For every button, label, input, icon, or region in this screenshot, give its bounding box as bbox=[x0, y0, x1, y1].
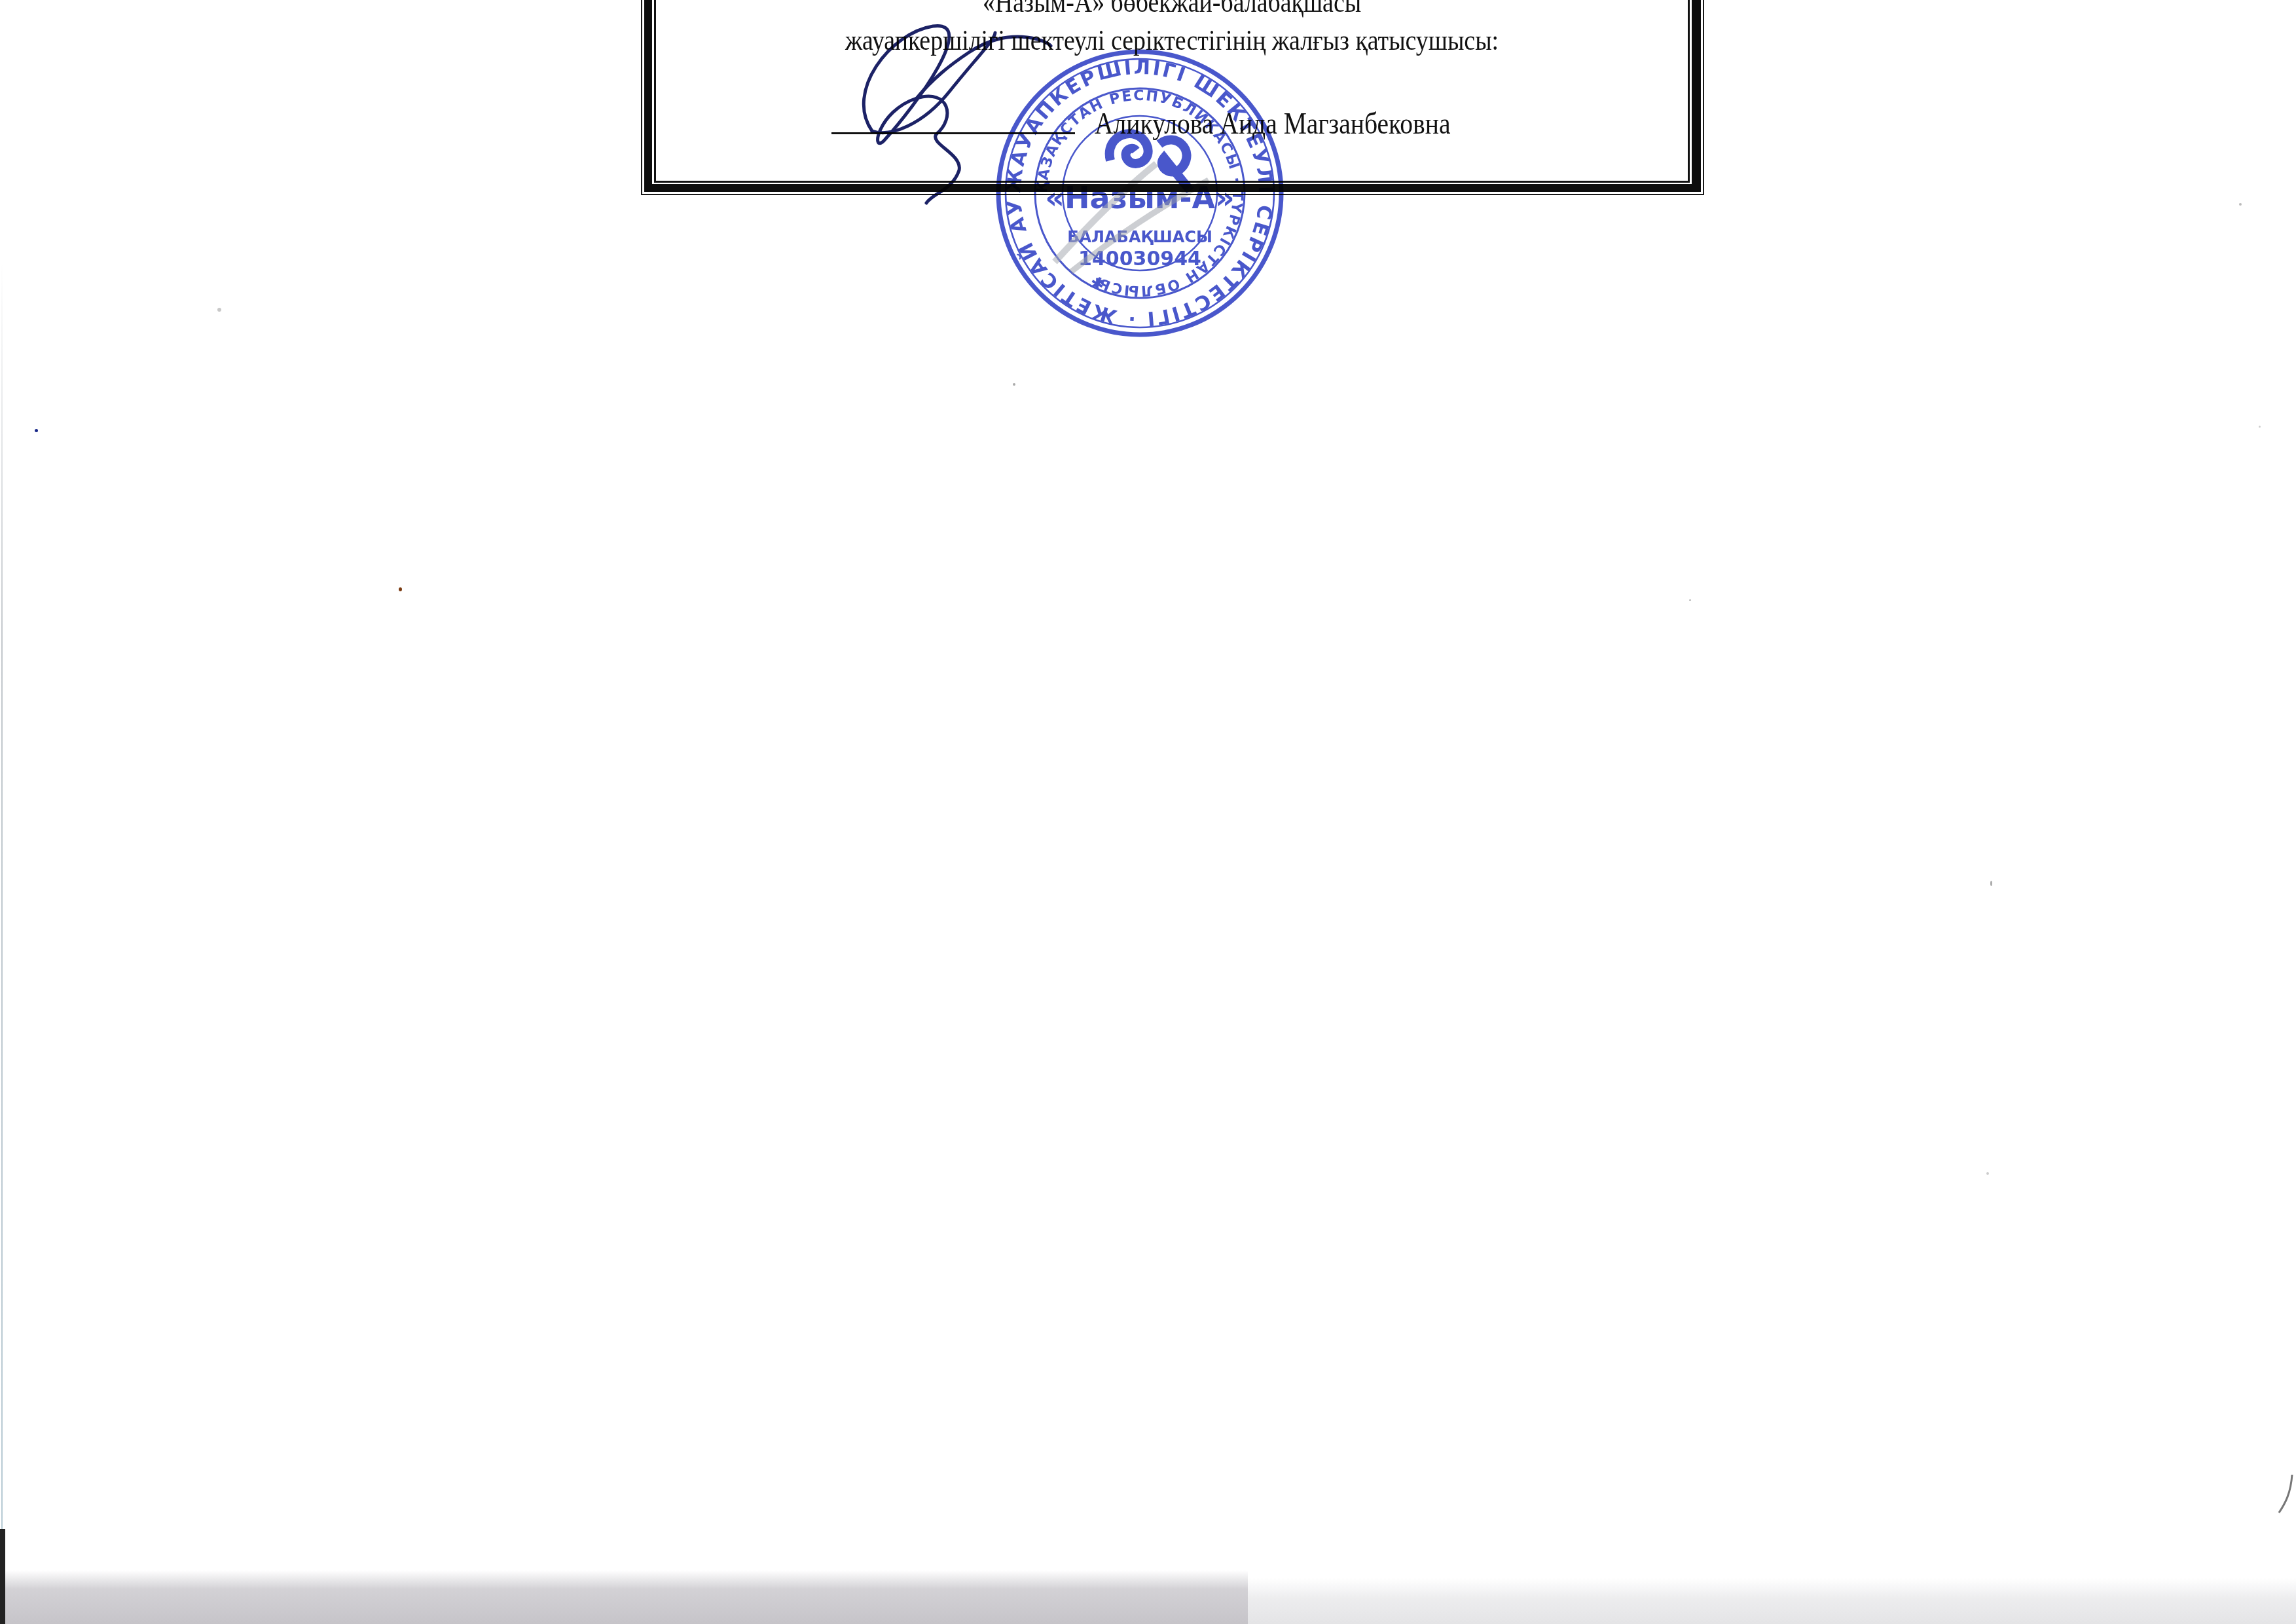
scan-speck bbox=[2259, 426, 2261, 428]
scan-left-shadow-line bbox=[1, 262, 3, 1529]
scan-speck bbox=[399, 587, 402, 591]
scan-speck bbox=[1986, 1172, 1989, 1175]
scan-bottom-shadow bbox=[5, 1570, 1248, 1624]
scan-speck bbox=[1689, 599, 1691, 601]
scan-speck bbox=[2239, 203, 2242, 206]
svg-text:БАЛАБАҚШАСЫ: БАЛАБАҚШАСЫ bbox=[1067, 228, 1212, 246]
scanned-page: «Назым-А» бөбекжай-балабақшасы жауапкерш… bbox=[0, 0, 2296, 1624]
scan-left-edge bbox=[0, 1529, 5, 1624]
handwritten-signature bbox=[818, 13, 1211, 210]
scan-page-curl bbox=[2274, 1473, 2293, 1526]
scan-speck bbox=[1013, 383, 1015, 386]
scan-speck bbox=[217, 308, 221, 312]
scan-bottom-shadow-light bbox=[1248, 1578, 2296, 1624]
scan-speck bbox=[35, 429, 38, 432]
scan-speck bbox=[1990, 881, 1992, 886]
svg-text:✱: ✱ bbox=[1091, 275, 1104, 293]
